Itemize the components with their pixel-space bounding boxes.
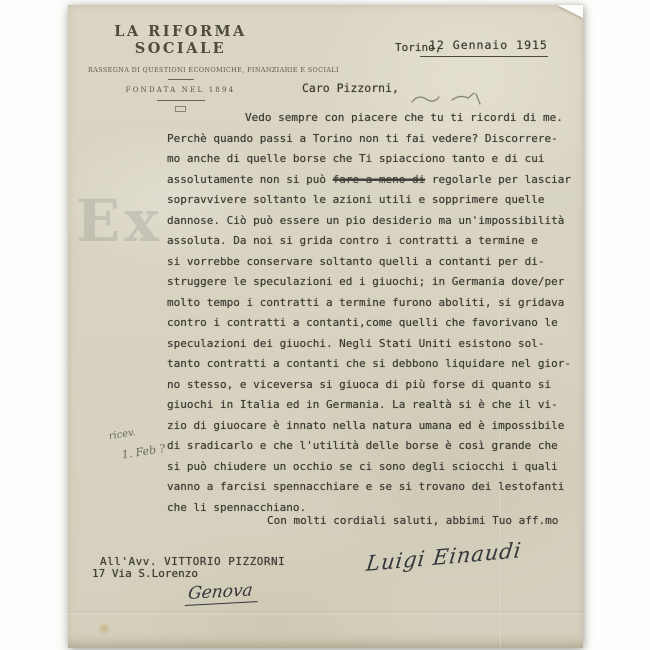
body-line: si può chiudere un occhio se ci sono deg… xyxy=(167,457,579,478)
body-line-with-strikethrough: assolutamente non si può fare a meno di … xyxy=(167,170,579,191)
recipient-street: 17 Via S.Lorenzo xyxy=(92,567,198,580)
closing-line: Con molti cordiali saluti, abbimi Tuo af… xyxy=(267,514,558,527)
body-line: giuochi in Italia ed in Germania. La rea… xyxy=(167,395,579,416)
body-line: si vorrebbe conservare soltanto quelli a… xyxy=(167,252,579,273)
body-line: zio di giuocare è innato nella natura um… xyxy=(167,416,579,437)
body-line: Vedo sempre con piacere che tu ti ricord… xyxy=(167,108,579,129)
dateline-date: 12 Gennaio 1915 xyxy=(429,38,548,52)
body-line: speculazioni dei giuochi. Negli Stati Un… xyxy=(167,334,579,355)
body-line: vanno a farcisi spennacchiare e se si tr… xyxy=(167,477,579,498)
letter-body: Vedo sempre con piacere che tu ti ricord… xyxy=(167,108,579,518)
body-line: molto tempo i contratti a termine furono… xyxy=(167,293,579,314)
body-line: Perchè quando passi a Torino non ti fai … xyxy=(167,129,579,150)
body-line: tanto contratti a contanti che si debbon… xyxy=(167,354,579,375)
salutation: Caro Pizzorni, xyxy=(302,81,399,95)
body-line: assoluta. Da noi si grida contro i contr… xyxy=(167,231,579,252)
letterhead: LA RIFORMA SOCIALE RASSEGNA DI QUESTIONI… xyxy=(88,23,273,112)
letterhead-rule xyxy=(157,100,205,101)
body-text: assolutamente non si può xyxy=(167,173,333,186)
body-text: regolarle per lasciar xyxy=(425,173,571,186)
struck-text: fare a meno di xyxy=(333,173,426,186)
body-line: di sradicarlo e che l'utilità delle bors… xyxy=(167,436,579,457)
scanned-letter: Ex LA RIFORMA SOCIALE RASSEGNA DI QUESTI… xyxy=(0,0,650,650)
body-line: sopravvivere soltanto le azioni utili e … xyxy=(167,190,579,211)
corner-fold xyxy=(557,5,583,18)
body-line: contro i contratti a contanti,come quell… xyxy=(167,313,579,334)
letter-paper: Ex LA RIFORMA SOCIALE RASSEGNA DI QUESTI… xyxy=(68,5,583,648)
dateline-underline xyxy=(420,56,548,57)
letterhead-rule xyxy=(168,79,194,80)
body-line: no stesso, e viceversa si giuoca di più … xyxy=(167,375,579,396)
letterhead-founded: FONDATA NEL 1894 xyxy=(88,86,273,94)
paper-watermark: Ex xyxy=(76,187,163,255)
body-line: dannose. Ciò può essere un pio desiderio… xyxy=(167,211,579,232)
letterhead-title: LA RIFORMA SOCIALE xyxy=(88,23,273,57)
body-line: mo anche di quelle borse che Ti spiaccio… xyxy=(167,149,579,170)
horizontal-crease xyxy=(68,611,583,615)
letterhead-subtitle: RASSEGNA DI QUESTIONI ECONOMICHE, FINANZ… xyxy=(88,66,273,74)
handwritten-city: Genova xyxy=(185,580,260,606)
body-line: struggere le speculazioni ed i giuochi; … xyxy=(167,272,579,293)
